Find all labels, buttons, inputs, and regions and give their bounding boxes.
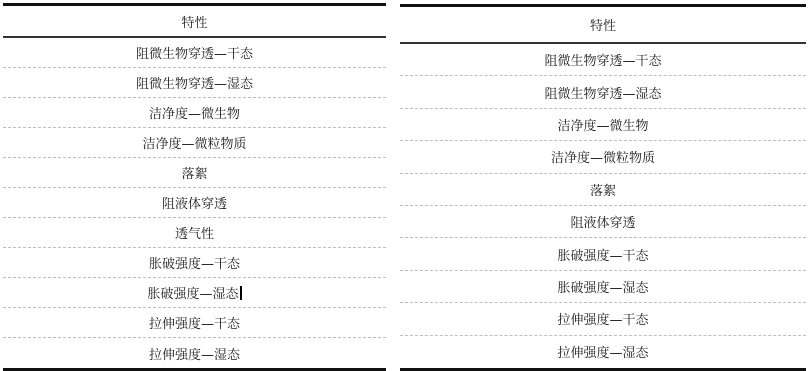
table-row[interactable]: 洁净度—微生物 [3,98,386,128]
cell-text: 透气性 [175,223,214,242]
cell-text: 阻微生物穿透—湿态 [544,83,661,102]
cell-text: 胀破强度—湿态 [557,277,648,296]
table-row[interactable]: 阻微生物穿透—干态 [400,44,806,76]
cell-text: 阻微生物穿透—湿态 [136,73,253,92]
table-row[interactable]: 洁净度—微粒物质 [3,128,386,158]
cell-text: 胀破强度—干态 [149,253,240,272]
table-row[interactable]: 阻微生物穿透—干态 [3,38,386,68]
table-row[interactable]: 阻微生物穿透—湿态 [400,76,806,108]
table-row[interactable]: 透气性 [3,218,386,248]
cell-text: 洁净度—微生物 [149,103,240,122]
cell-text: 胀破强度—干态 [557,245,648,264]
cell-text: 阻液体穿透 [570,212,635,231]
cell-text: 拉伸强度—干态 [149,313,240,332]
right-property-table: 特性 阻微生物穿透—干态 阻微生物穿透—湿态 洁净度—微生物 洁净度—微粒物质 … [400,4,806,371]
cell-text: 拉伸强度—干态 [557,309,648,328]
table-row[interactable]: 阻微生物穿透—湿态 [3,68,386,98]
cell-text: 阻微生物穿透—干态 [136,43,253,62]
table-row[interactable]: 胀破强度—干态 [3,248,386,278]
text-cursor [240,286,242,300]
cell-text: 洁净度—微粒物质 [142,133,246,152]
column-header-label: 特性 [181,12,207,31]
table-row-editing[interactable]: 胀破强度—湿态 [3,278,386,308]
cell-text: 落絮 [590,180,616,199]
column-header-label: 特性 [590,15,616,34]
cell-text: 阻微生物穿透—干态 [544,50,661,69]
table-row[interactable]: 阻液体穿透 [400,206,806,238]
table-bottom-rule [400,368,806,371]
left-property-table: 特性 阻微生物穿透—干态 阻微生物穿透—湿态 洁净度—微生物 洁净度—微粒物质 … [3,3,386,371]
table-row[interactable]: 阻液体穿透 [3,188,386,218]
table-row[interactable]: 落絮 [400,174,806,206]
table-row[interactable]: 拉伸强度—湿态 [3,338,386,368]
cell-text: 阻液体穿透 [162,193,227,212]
column-header: 特性 [3,6,386,38]
table-row[interactable]: 落絮 [3,158,386,188]
cell-text: 洁净度—微生物 [557,115,648,134]
cell-text: 洁净度—微粒物质 [551,147,655,166]
table-row[interactable]: 胀破强度—干态 [400,238,806,270]
table-row[interactable]: 拉伸强度—湿态 [400,336,806,368]
table-row[interactable]: 拉伸强度—干态 [400,303,806,335]
cell-text[interactable]: 胀破强度—湿态 [147,283,238,302]
cell-text: 拉伸强度—湿态 [149,344,240,363]
cell-text: 落絮 [181,163,207,182]
column-header: 特性 [400,7,806,44]
table-row[interactable]: 洁净度—微粒物质 [400,141,806,173]
table-row[interactable]: 洁净度—微生物 [400,109,806,141]
cell-text: 拉伸强度—湿态 [557,342,648,361]
table-row[interactable]: 胀破强度—湿态 [400,271,806,303]
table-row[interactable]: 拉伸强度—干态 [3,308,386,338]
